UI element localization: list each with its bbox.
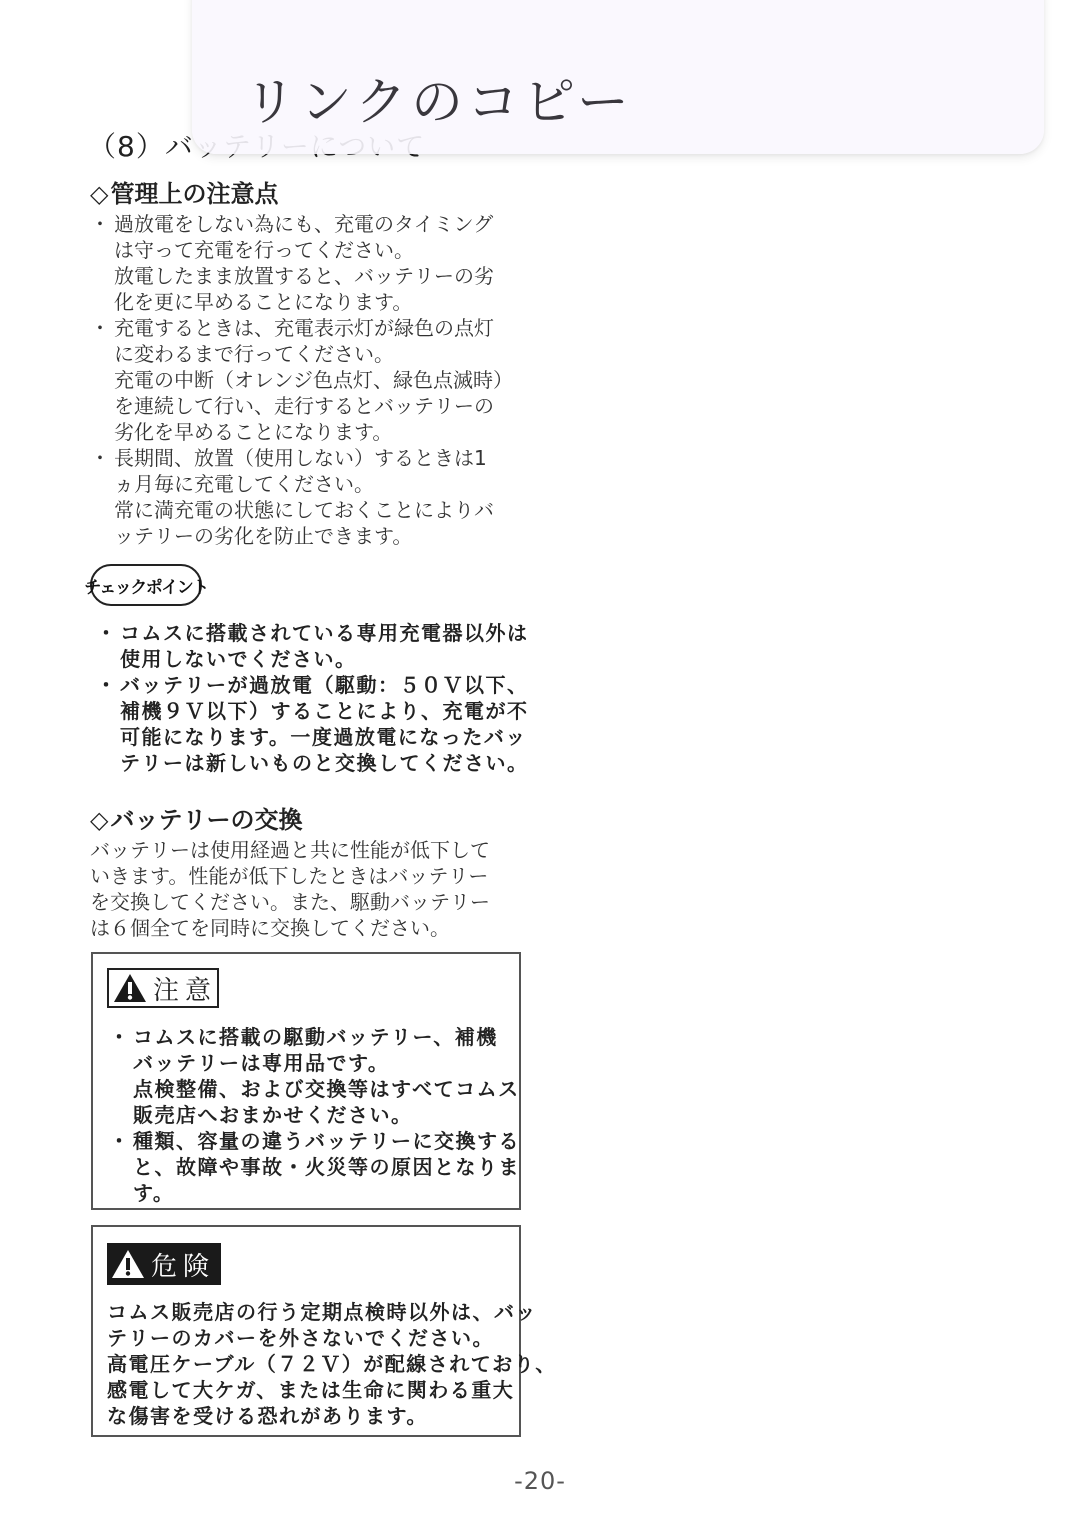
document-page: （8）バッテリーについて ◇管理上の注意点 ・ 過放電をしない為にも、充電のタイ… xyxy=(0,0,1080,1518)
text-line: 点検整備、および交換等はすべてコムス xyxy=(133,1076,520,1102)
text-line: バッテリーが過放電（駆動：５０Ｖ以下、 xyxy=(120,672,529,698)
caution-label: 注意 xyxy=(107,968,219,1008)
replacement-heading-text: バッテリーの交換 xyxy=(110,806,302,834)
text-line: バッテリーは専用品です。 xyxy=(133,1050,520,1076)
text-line: 感電して大ケガ、または生命に関わる重大 xyxy=(107,1377,557,1403)
text-line: 充電の中断（オレンジ色点灯、緑色点滅時） xyxy=(114,367,513,393)
bullet: ・ xyxy=(96,620,112,646)
list-item: ・ 充電するときは、充電表示灯が緑色の点灯 に変わるまで行ってください。 充電の… xyxy=(90,315,513,445)
checkpoint-badge: チェックポイント xyxy=(90,564,202,606)
text-line: 高電圧ケーブル（７２Ｖ）が配線されており、 xyxy=(107,1351,557,1377)
text-line: いきます。性能が低下したときはバッテリー xyxy=(90,863,490,889)
diamond-marker: ◇ xyxy=(90,180,108,208)
management-list-container: ・ 過放電をしない為にも、充電のタイミング は守って充電を行ってください。 放電… xyxy=(90,211,513,549)
text-line: 劣化を早めることになります。 xyxy=(114,419,513,445)
text-line: は守って充電を行ってください。 xyxy=(114,237,513,263)
text-line: バッテリーは使用経過と共に性能が低下して xyxy=(90,837,490,863)
list-item: ・ コムスに搭載の駆動バッテリー、補機 バッテリーは専用品です。 点検整備、およ… xyxy=(109,1024,520,1128)
replacement-paragraph: バッテリーは使用経過と共に性能が低下して いきます。性能が低下したときはバッテリ… xyxy=(90,837,490,941)
caution-box: 注意 ・ コムスに搭載の駆動バッテリー、補機 バッテリーは専用品です。 点検整備… xyxy=(91,952,521,1210)
text-line: と、故障や事故・火災等の原因となりま xyxy=(133,1154,520,1180)
text-line: に変わるまで行ってください。 xyxy=(114,341,513,367)
text-line: を交換してください。また、駆動バッテリー xyxy=(90,889,490,915)
bullet: ・ xyxy=(90,445,106,471)
bullet: ・ xyxy=(90,211,106,237)
list-item: ・ 長期間、放置（使用しない）するときは1 ヵ月毎に充電してください。 常に満充… xyxy=(90,445,513,549)
danger-label: 危険 xyxy=(107,1243,221,1285)
text-line: 使用しないでください。 xyxy=(120,646,529,672)
text-line: ッテリーの劣化を防止できます。 xyxy=(114,523,513,549)
copy-link-title[interactable]: リンクのコピー xyxy=(244,60,633,135)
text-line: す。 xyxy=(133,1180,520,1206)
text-line: 補機９Ｖ以下）することにより、充電が不 xyxy=(120,698,529,724)
warning-triangle-icon xyxy=(113,973,147,1003)
danger-label-text: 危険 xyxy=(151,1246,215,1283)
bullet: ・ xyxy=(109,1128,125,1154)
text-line: 常に満充電の状態にしておくことによりバ xyxy=(114,497,513,523)
checkpoint-list: ・ コムスに搭載されている専用充電器以外は 使用しないでください。 ・ バッテリ… xyxy=(96,620,529,776)
text-line: テリーのカバーを外さないでください。 xyxy=(107,1325,557,1351)
text-line: な傷害を受ける恐れがあります。 xyxy=(107,1403,557,1429)
text-line: 過放電をしない為にも、充電のタイミング xyxy=(114,211,513,237)
text-line: 化を更に早めることになります。 xyxy=(114,289,513,315)
text-line: 充電するときは、充電表示灯が緑色の点灯 xyxy=(114,315,513,341)
copy-link-popup[interactable]: リンクのコピー xyxy=(192,0,1044,154)
list-item: ・ バッテリーが過放電（駆動：５０Ｖ以下、 補機９Ｖ以下）することにより、充電が… xyxy=(96,672,529,776)
list-item: ・ 種類、容量の違うバッテリーに交換する と、故障や事故・火災等の原因となりま … xyxy=(109,1128,520,1206)
management-heading-text: 管理上の注意点 xyxy=(110,180,278,208)
danger-paragraph: コムス販売店の行う定期点検時以外は、バッ テリーのカバーを外さないでください。 … xyxy=(107,1299,557,1429)
management-heading: ◇管理上の注意点 xyxy=(90,174,278,209)
text-line: 種類、容量の違うバッテリーに交換する xyxy=(133,1128,520,1154)
text-line: 長期間、放置（使用しない）するときは1 xyxy=(114,445,513,471)
diamond-marker: ◇ xyxy=(90,806,108,834)
caution-list-container: ・ コムスに搭載の駆動バッテリー、補機 バッテリーは専用品です。 点検整備、およ… xyxy=(109,1024,520,1206)
checkpoint-list-container: ・ コムスに搭載されている専用充電器以外は 使用しないでください。 ・ バッテリ… xyxy=(96,620,529,776)
list-item: ・ コムスに搭載されている専用充電器以外は 使用しないでください。 xyxy=(96,620,529,672)
text-line: を連続して行い、走行するとバッテリーの xyxy=(114,393,513,419)
warning-triangle-icon xyxy=(111,1249,145,1279)
bullet: ・ xyxy=(109,1024,125,1050)
danger-box: 危険 コムス販売店の行う定期点検時以外は、バッ テリーのカバーを外さないでくださ… xyxy=(91,1225,521,1437)
replacement-heading: ◇バッテリーの交換 xyxy=(90,800,302,835)
management-list: ・ 過放電をしない為にも、充電のタイミング は守って充電を行ってください。 放電… xyxy=(90,211,513,549)
bullet: ・ xyxy=(96,672,112,698)
text-line: ヵ月毎に充電してください。 xyxy=(114,471,513,497)
text-line: 可能になります。一度過放電になったバッ xyxy=(120,724,529,750)
text-line: 販売店へおまかせください。 xyxy=(133,1102,520,1128)
caution-list: ・ コムスに搭載の駆動バッテリー、補機 バッテリーは専用品です。 点検整備、およ… xyxy=(109,1024,520,1206)
text-line: コムスに搭載されている専用充電器以外は xyxy=(120,620,529,646)
list-item: ・ 過放電をしない為にも、充電のタイミング は守って充電を行ってください。 放電… xyxy=(90,211,513,315)
text-line: テリーは新しいものと交換してください。 xyxy=(120,750,529,776)
bullet: ・ xyxy=(90,315,106,341)
text-line: コムスに搭載の駆動バッテリー、補機 xyxy=(133,1024,520,1050)
text-line: は６個全てを同時に交換してください。 xyxy=(90,915,490,941)
text-line: コムス販売店の行う定期点検時以外は、バッ xyxy=(107,1299,557,1325)
text-line: 放電したまま放置すると、バッテリーの劣 xyxy=(114,263,513,289)
page-number: -20- xyxy=(0,1467,1080,1495)
caution-label-text: 注意 xyxy=(153,970,217,1007)
